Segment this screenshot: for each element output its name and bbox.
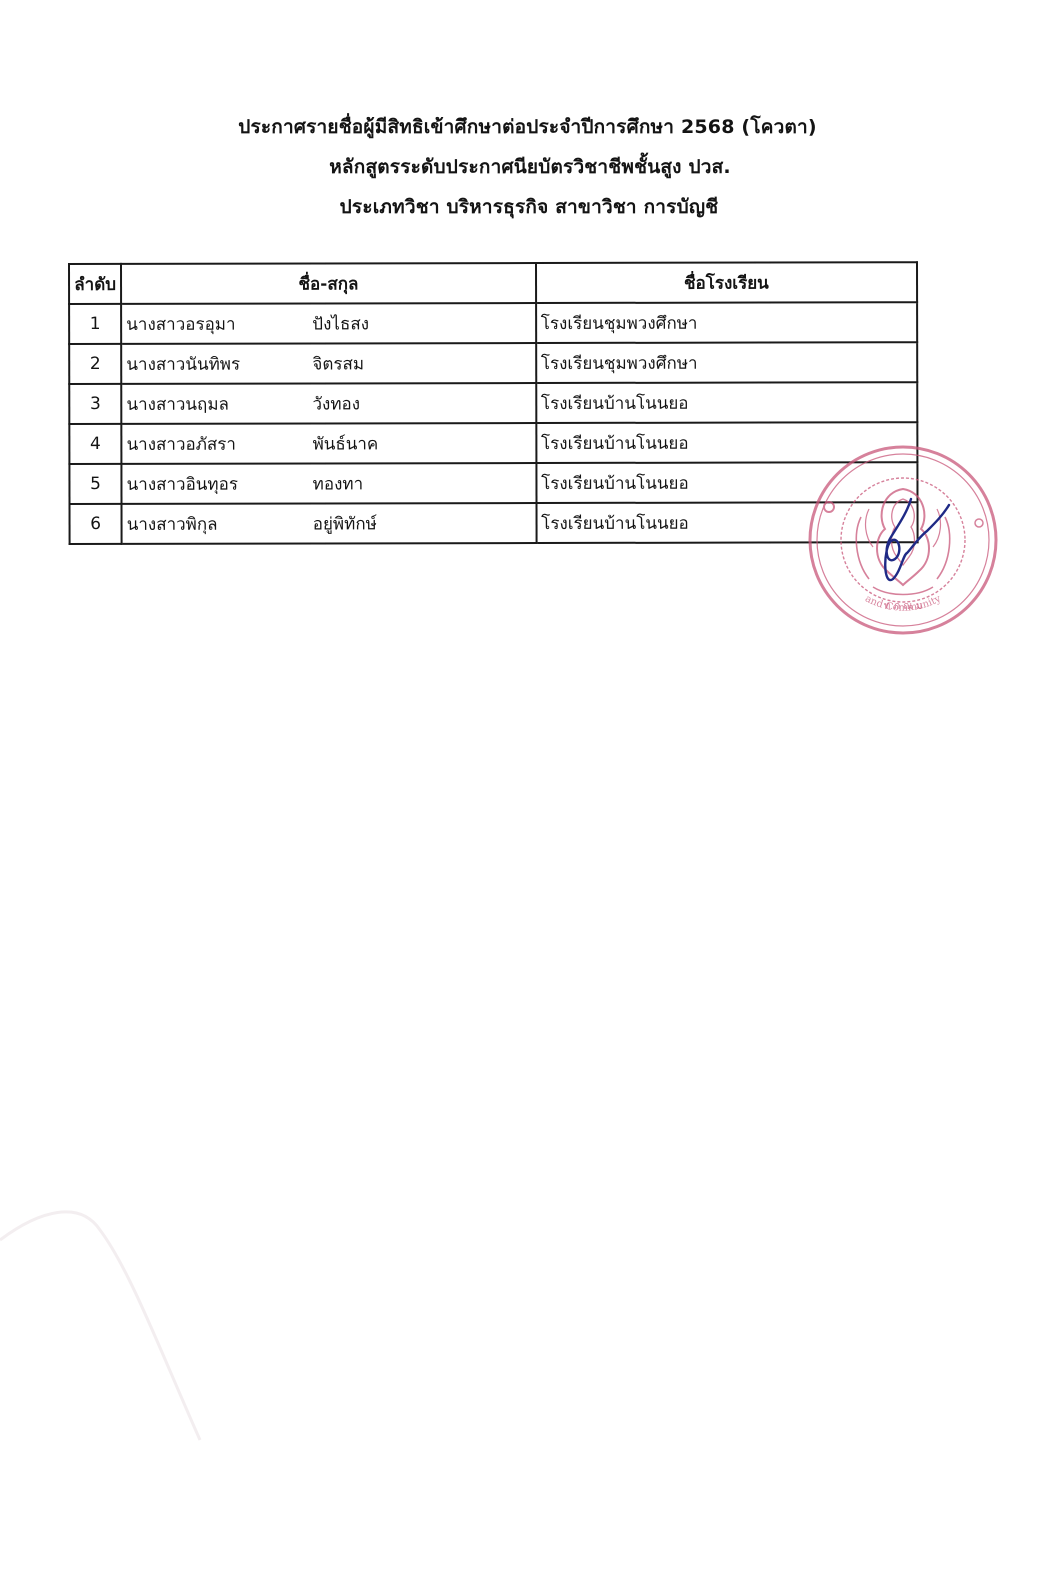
school-name: โรงเรียนบ้านโนนยอ <box>536 422 917 463</box>
row-number: 1 <box>69 304 121 344</box>
row-number: 6 <box>70 504 122 544</box>
school-name: โรงเรียนบ้านโนนยอ <box>536 382 917 423</box>
first-name: นางสาวอภัสรา <box>127 430 313 457</box>
row-number: 2 <box>69 344 121 384</box>
school-name: โรงเรียนบ้านโนนยอ <box>536 462 917 503</box>
table-row: 4 นางสาวอภัสราพันธ์นาค โรงเรียนบ้านโนนยอ <box>69 422 917 464</box>
student-name: นางสาวอรอุมาปังไธสง <box>121 303 536 344</box>
svg-text:ท ภ ณ ม: ท ภ ณ ม <box>884 601 923 612</box>
last-name: ปังไธสง <box>312 310 369 337</box>
program-major: ประเภทวิชา บริหารธุรกิจ สาขาวิชา การบัญช… <box>18 192 1040 222</box>
header-order: ลำดับ <box>69 264 121 304</box>
admitted-students-table: ลำดับ ชื่อ-สกุล ชื่อโรงเรียน 1 นางสาวอรอ… <box>68 261 919 545</box>
first-name: นางสาวนฤมล <box>126 390 312 417</box>
header-fullname: ชื่อ-สกุล <box>121 263 536 304</box>
table-row: 1 นางสาวอรอุมาปังไธสง โรงเรียนชุมพวงศึกษ… <box>69 302 917 344</box>
student-name: นางสาวนันทิพรจิตรสม <box>121 343 536 384</box>
table-row: 3 นางสาวนฤมลวังทอง โรงเรียนบ้านโนนยอ <box>69 382 917 424</box>
table-header-row: ลำดับ ชื่อ-สกุล ชื่อโรงเรียน <box>69 262 917 304</box>
school-name: โรงเรียนชุมพวงศึกษา <box>536 342 917 383</box>
table-row: 2 นางสาวนันทิพรจิตรสม โรงเรียนชุมพวงศึกษ… <box>69 342 917 384</box>
scan-artifact <box>0 1180 260 1500</box>
student-name: นางสาวอินทุอรทองทา <box>122 463 537 504</box>
document-page: ประกาศรายชื่อผู้มีสิทธิเข้าศึกษาต่อประจำ… <box>0 0 1040 1573</box>
row-number: 3 <box>69 384 121 424</box>
last-name: จิตรสม <box>312 350 364 377</box>
last-name: วังทอง <box>312 390 360 417</box>
table-row: 5 นางสาวอินทุอรทองทา โรงเรียนบ้านโนนยอ <box>69 462 917 504</box>
last-name: ทองทา <box>313 470 364 497</box>
student-name: นางสาวนฤมลวังทอง <box>121 383 536 424</box>
svg-text:and Community: and Community <box>863 593 943 613</box>
last-name: พันธ์นาค <box>313 430 379 457</box>
first-name: นางสาวนันทิพร <box>126 350 312 377</box>
first-name: นางสาวอรอุมา <box>126 310 312 337</box>
table-row: 6 นางสาวพิกุลอยู่พิทักษ์ โรงเรียนบ้านโนน… <box>70 502 918 544</box>
last-name: อยู่พิทักษ์ <box>313 510 377 537</box>
row-number: 5 <box>69 464 121 504</box>
first-name: นางสาวอินทุอร <box>127 470 313 497</box>
school-name: โรงเรียนชุมพวงศึกษา <box>536 302 917 343</box>
announcement-title: ประกาศรายชื่อผู้มีสิทธิเข้าศึกษาต่อประจำ… <box>15 112 1040 142</box>
row-number: 4 <box>69 424 121 464</box>
header-school: ชื่อโรงเรียน <box>536 262 917 303</box>
first-name: นางสาวพิกุล <box>127 510 313 537</box>
student-name: นางสาวพิกุลอยู่พิทักษ์ <box>122 503 537 544</box>
program-level: หลักสูตรระดับประกาศนียบัตรวิชาชีพชั้นสูง… <box>20 152 1040 182</box>
student-name: นางสาวอภัสราพันธ์นาค <box>122 423 537 464</box>
school-name: โรงเรียนบ้านโนนยอ <box>536 502 917 543</box>
